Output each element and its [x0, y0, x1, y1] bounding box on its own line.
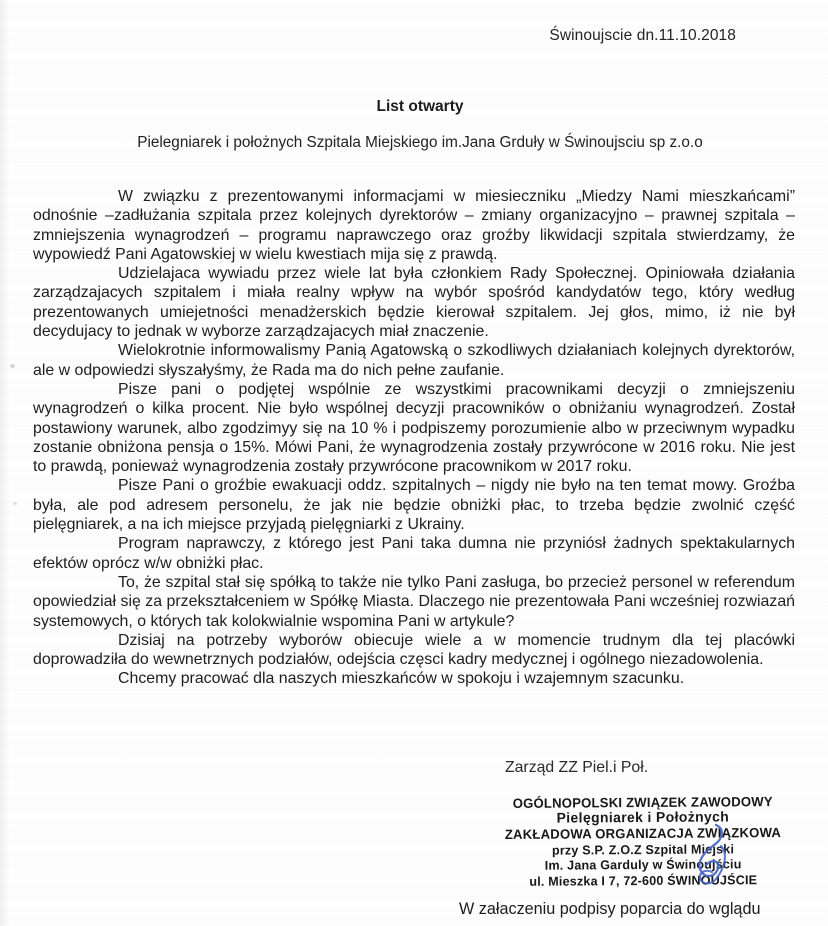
union-stamp: OGÓLNOPOLSKI ZWIĄZEK ZAWODOWY Pielęgniar… [456, 794, 828, 890]
closing-signature-line: Zarząd ZZ Piel.i Poł. [505, 759, 648, 777]
paragraph: Pisze pani o podjętej wspólnie ze wszyst… [33, 380, 795, 476]
paragraph: To, że szpital stał się spółką to także … [33, 573, 795, 631]
scanned-letter-page: Świnoujscie dn.11.10.2018 List otwarty P… [0, 0, 828, 926]
scan-speck [10, 364, 15, 368]
paragraph: Wielokrotnie informowalismy Panią Agatow… [33, 341, 795, 380]
letter-subtitle: Pielegniarek i położnych Szpitala Miejsk… [14, 134, 826, 152]
letter-body: W związku z prezentowanymi informacjami … [33, 187, 795, 689]
paragraph: Udzielajaca wywiadu przez wiele lat była… [33, 264, 795, 341]
stamp-line: ZAKŁADOWA ORGANIZACJA ZWIĄZKOWA [456, 825, 828, 843]
paragraph: Dzisiaj na potrzeby wyborów obiecuje wie… [33, 631, 795, 670]
letter-title: List otwarty [14, 98, 826, 116]
scan-speck [13, 502, 17, 505]
paragraph: Program naprawczy, z którego jest Pani t… [33, 534, 795, 573]
scan-edge-shading [0, 0, 10, 926]
paragraph: Pisze Pani o groźbie ewakuacji oddz. szp… [33, 476, 795, 534]
place-and-date: Świnoujscie dn.11.10.2018 [549, 27, 736, 45]
paragraph: W związku z prezentowanymi informacjami … [33, 187, 795, 264]
attachment-note: W załaczeniu podpisy poparcia do wglądu [459, 900, 760, 919]
stamp-line: ul. Mieszka I 7, 72-600 ŚWINOUJŚCIE [456, 872, 828, 890]
paragraph: Chcemy pracować dla naszych mieszkańców … [33, 669, 795, 688]
